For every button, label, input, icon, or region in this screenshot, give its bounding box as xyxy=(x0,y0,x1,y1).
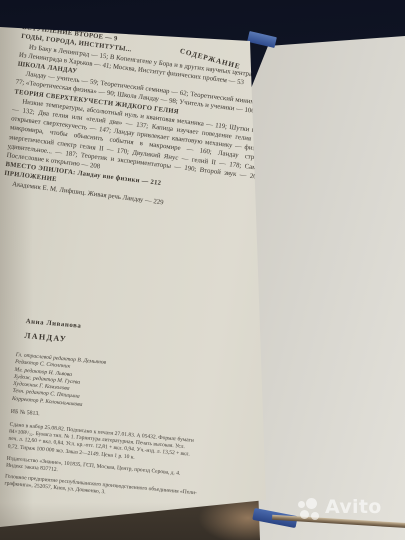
author-name: Анна Ливанова xyxy=(25,318,81,330)
book-photo: СОДЕРЖАНИЕ ВСТУПЛЕНИЕ ПЕРВОЕ — 3ВСТУПЛЕН… xyxy=(0,0,405,540)
book-title: ЛАНДАУ xyxy=(24,331,80,345)
author-block: Анна Ливанова ЛАНДАУ xyxy=(24,318,82,345)
avito-logo-icon xyxy=(294,495,324,523)
blue-cover-edge-fold xyxy=(247,31,277,48)
blank-right-page xyxy=(240,26,405,540)
table-of-contents: ВСТУПЛЕНИЕ ПЕРВОЕ — 3ВСТУПЛЕНИЕ ВТОРОЕ —… xyxy=(3,14,278,219)
avito-watermark-label: Avito xyxy=(325,496,382,518)
